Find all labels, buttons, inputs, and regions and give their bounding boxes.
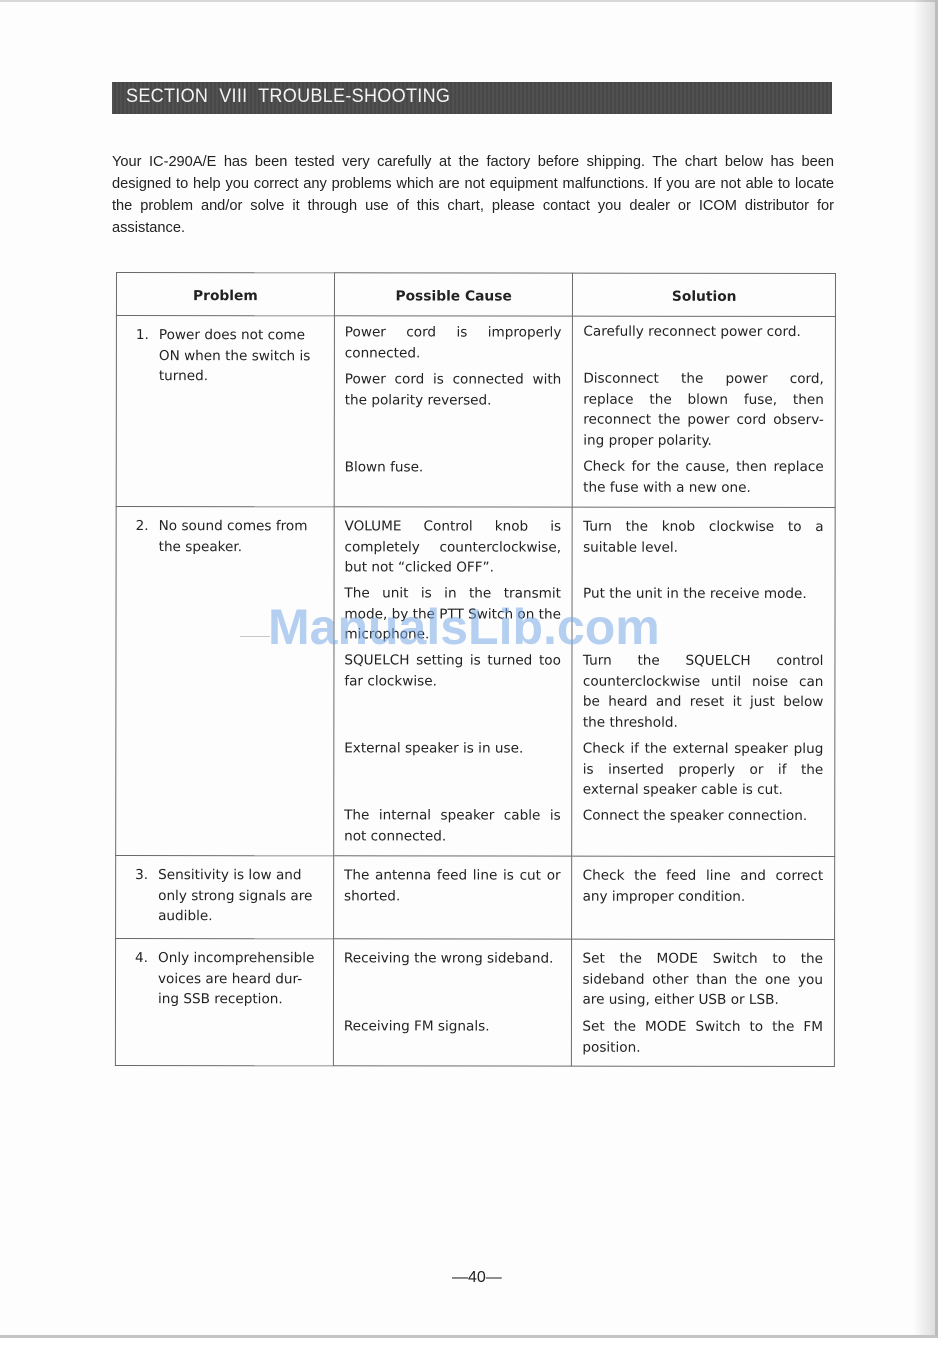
solution-text: Set the MODE Switch to the FM position. xyxy=(582,1017,823,1058)
solution-text: Put the unit in the receive mode. xyxy=(583,584,824,605)
header-problem: Problem xyxy=(116,273,334,316)
problem-text: Only incomprehensible voices are heard d… xyxy=(158,948,322,1010)
section-title: SECTION VIII TROUBLE-SHOOTING xyxy=(126,86,450,108)
solution-text: Check the feed line and correct any impr… xyxy=(583,866,824,907)
scan-artifact-line xyxy=(240,636,270,637)
problem-text: No sound comes from the speaker. xyxy=(159,516,323,557)
solution-cell: Check the feed line and correct any impr… xyxy=(572,856,835,939)
problem-cell: 4. Only incomprehensible voices are hear… xyxy=(115,939,333,1066)
cause-cell: Power cord is improperly connected. Powe… xyxy=(334,316,573,507)
page-number: —40— xyxy=(452,1269,502,1287)
problem-text: Sensitivity is low and only strong signa… xyxy=(158,865,322,927)
problem-cell: 2. No sound comes from the speaker. xyxy=(116,507,334,856)
cause-text: Receiving the wrong sideband. xyxy=(344,948,561,969)
manual-page: SECTION VIII TROUBLE-SHOOTING Your IC-29… xyxy=(0,0,938,1338)
solution-cell: Carefully reconnect power cord. Disconne… xyxy=(573,316,836,507)
problem-number: 4. xyxy=(135,948,158,1010)
intro-paragraph: Your IC-290A/E has been tested very care… xyxy=(112,151,834,239)
problem-number: 1. xyxy=(136,325,159,387)
scan-edge xyxy=(0,0,935,2)
table-row: 4. Only incomprehensible voices are hear… xyxy=(115,939,834,1067)
solution-text: Disconnect the power cord, replace the b… xyxy=(583,369,824,451)
cause-text: The internal speaker cable is not connec… xyxy=(344,805,561,846)
solution-cell: Turn the knob clockwise to a suitable le… xyxy=(572,507,835,856)
problem-cell: 3. Sensitivity is low and only strong si… xyxy=(116,856,334,939)
problem-number: 3. xyxy=(135,865,158,927)
problem-text: Power does not come ON when the switch i… xyxy=(159,325,323,387)
solution-text: Turn the knob clockwise to a suitable le… xyxy=(583,517,824,558)
problem-number: 2. xyxy=(136,516,159,557)
section-heading-bar: SECTION VIII TROUBLE-SHOOTING xyxy=(112,82,832,114)
cause-text: External speaker is in use. xyxy=(344,738,561,759)
cause-cell: The antenna feed line is cut or shorted. xyxy=(333,856,572,939)
table-header-row: Problem Possible Cause Solution xyxy=(116,273,835,317)
cause-cell: Receiving the wrong sideband. Receiving … xyxy=(333,939,572,1066)
header-solution: Solution xyxy=(573,273,836,316)
cause-text: Power cord is connected with the polarit… xyxy=(345,369,562,410)
solution-text: Connect the speaker connection. xyxy=(583,806,824,827)
troubleshooting-table: Problem Possible Cause Solution 1. Power… xyxy=(115,272,836,1067)
solution-cell: Set the MODE Switch to the sideband othe… xyxy=(572,939,835,1066)
cause-text: SQUELCH setting is turned too far clockw… xyxy=(344,650,561,691)
cause-text: The antenna feed line is cut or shorted. xyxy=(344,865,561,906)
page-shadow xyxy=(913,0,935,1335)
cause-cell: VOLUME Control knob is completely counte… xyxy=(334,507,573,856)
solution-text: Check for the cause, then replace the fu… xyxy=(583,457,824,498)
solution-text: Carefully reconnect power cord. xyxy=(583,322,824,343)
cause-text: Receiving FM signals. xyxy=(344,1016,561,1037)
table-row: 2. No sound comes from the speaker. VOLU… xyxy=(116,507,835,857)
cause-text: Power cord is improperly connected. xyxy=(345,322,562,363)
solution-text: Check if the external speaker plug is in… xyxy=(583,739,824,801)
cause-text: The unit is in the transmit mode, by the… xyxy=(344,583,561,645)
table-row: 1. Power does not come ON when the switc… xyxy=(116,316,835,508)
table-row: 3. Sensitivity is low and only strong si… xyxy=(116,856,835,940)
problem-cell: 1. Power does not come ON when the switc… xyxy=(116,316,334,507)
solution-text: Set the MODE Switch to the sideband othe… xyxy=(582,949,823,1011)
cause-text: VOLUME Control knob is completely counte… xyxy=(344,516,561,578)
header-possible-cause: Possible Cause xyxy=(334,273,573,316)
cause-text: Blown fuse. xyxy=(345,457,562,478)
solution-text: Turn the SQUELCH control counterclockwis… xyxy=(583,651,824,733)
